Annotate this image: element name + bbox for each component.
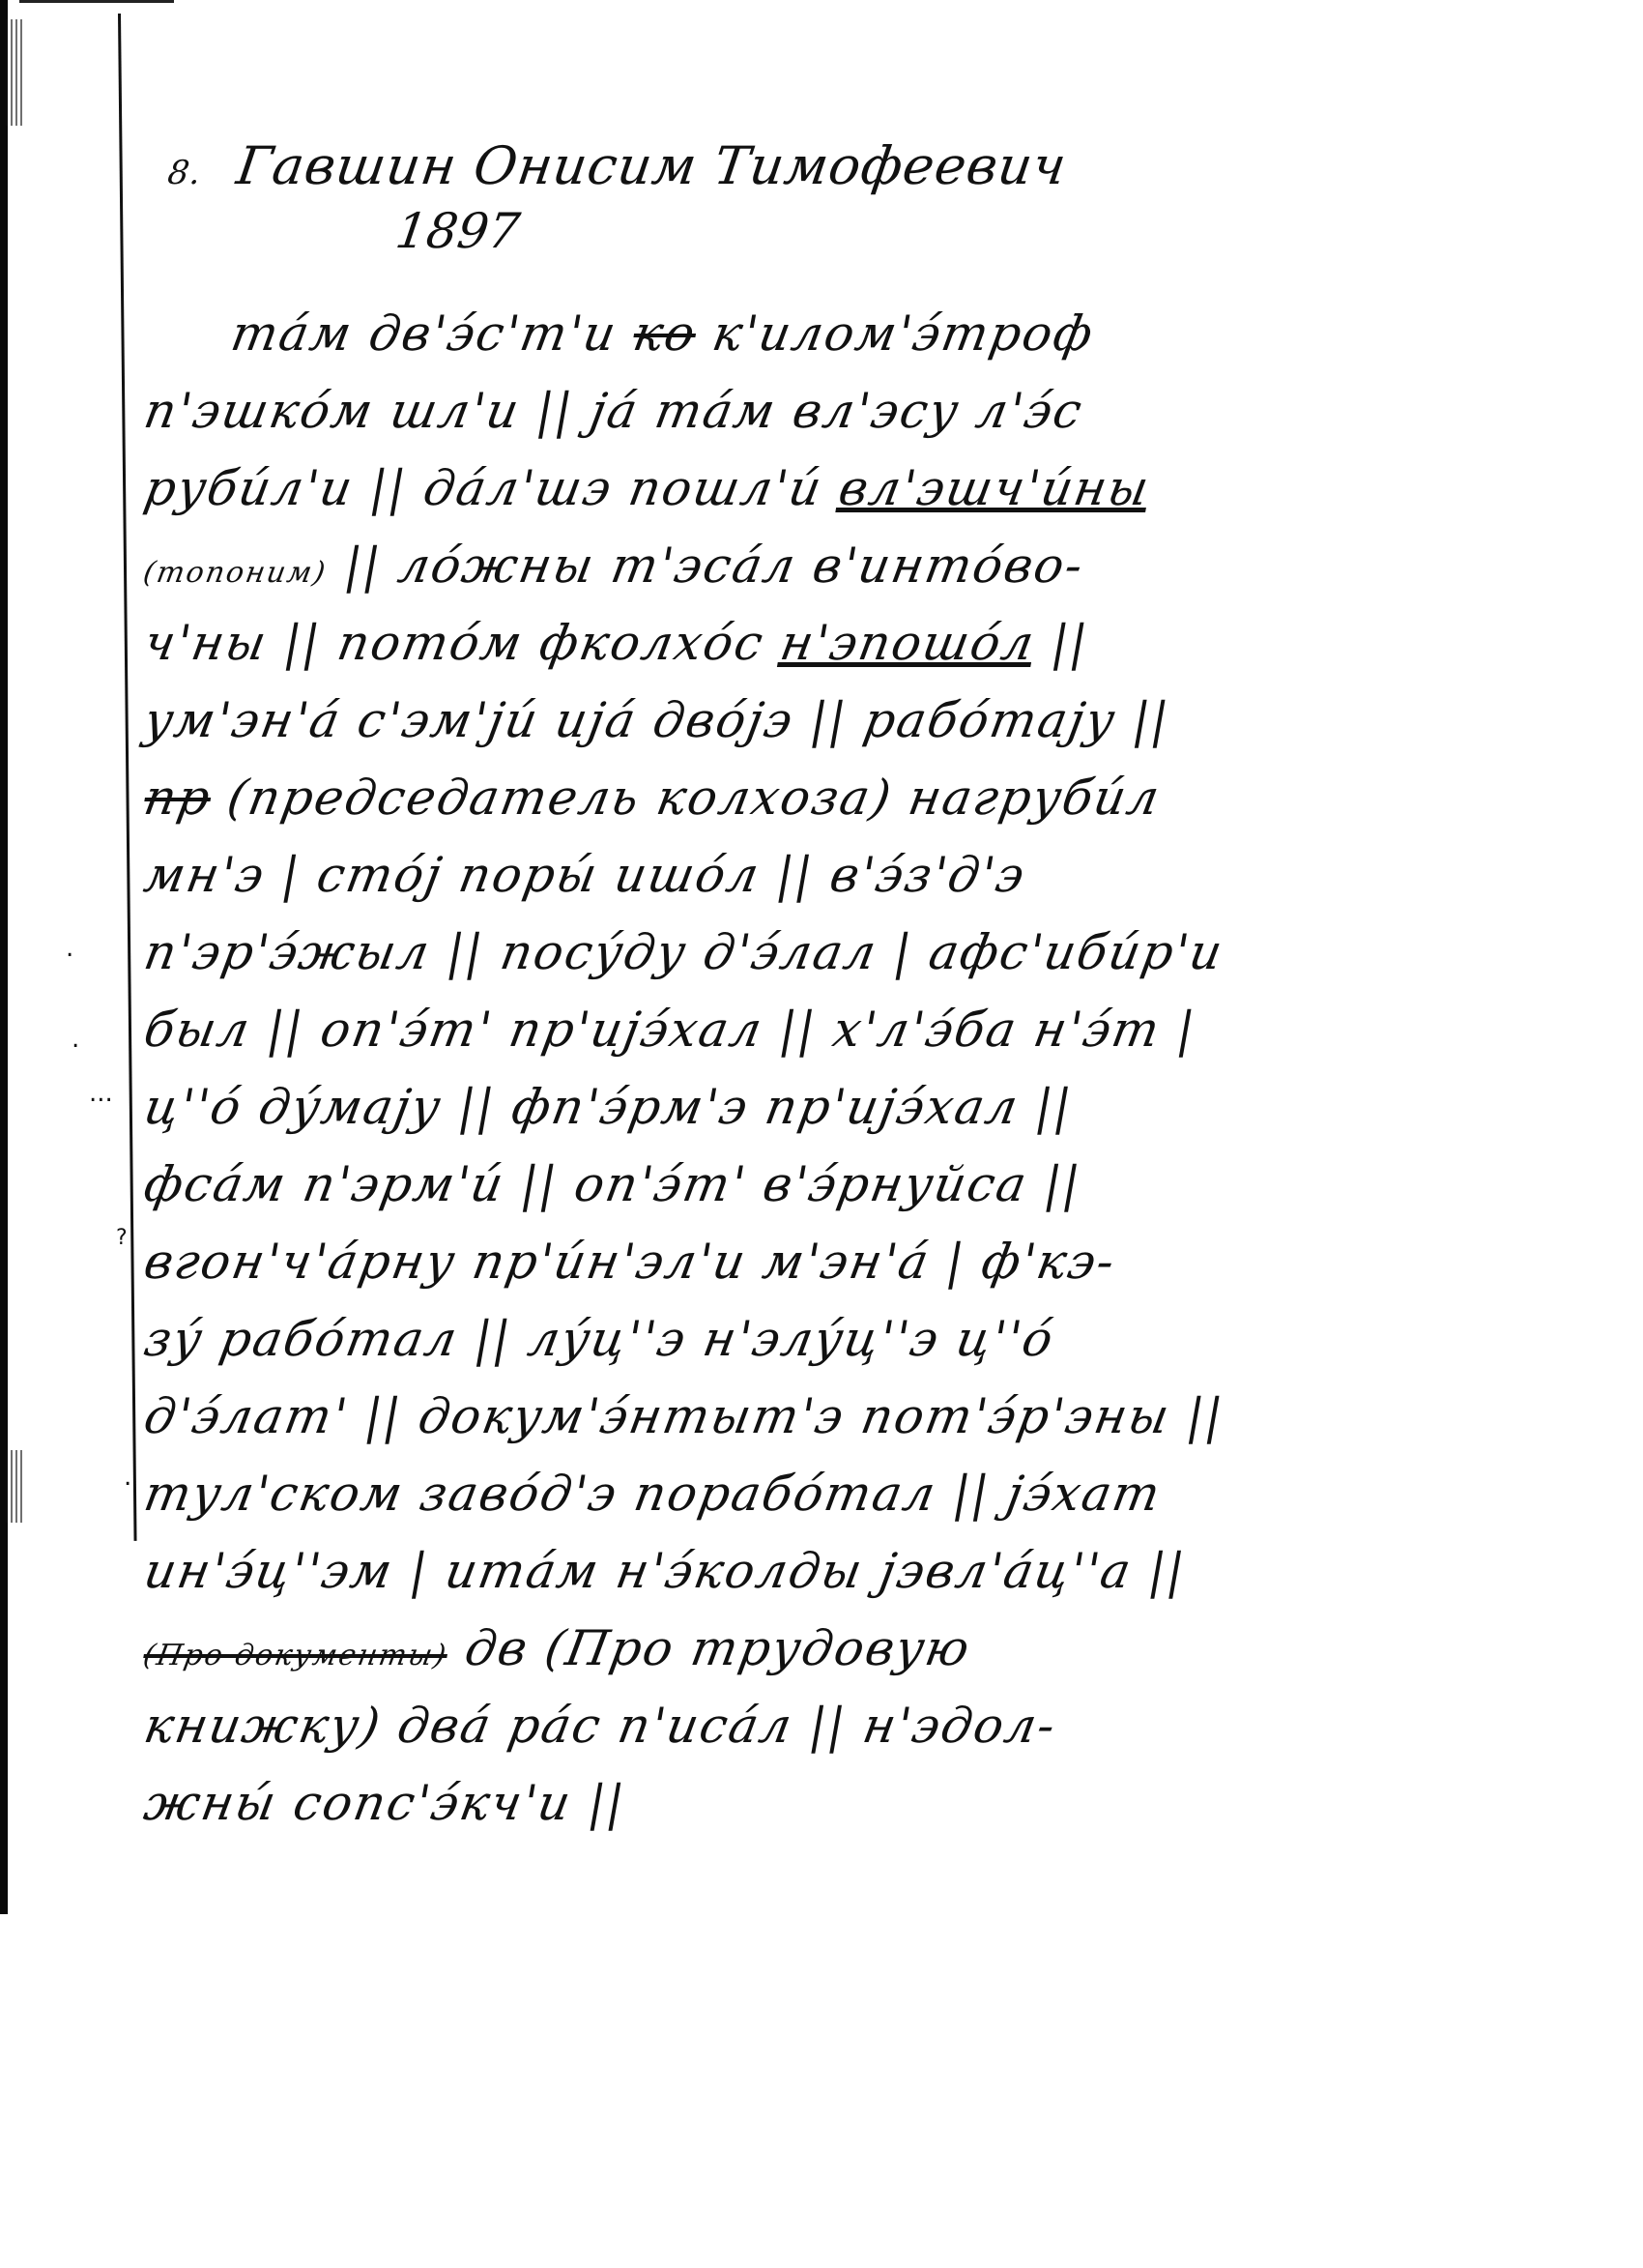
text-line: (топоним) || ло́жны т'эса́л в'инто́во- xyxy=(138,527,1273,604)
underlined-text: вл'эшч'и́ны xyxy=(835,460,1155,516)
struck-text: (Про документы) xyxy=(141,1639,450,1672)
text-line: жны́ сопс'э́кч'и || xyxy=(138,1764,1273,1842)
text-line: ц''о́ ду́мају || фп'э́рм'э пр'ијэ́хал || xyxy=(138,1068,1273,1146)
text-line: ч'ны || пото́м фколхо́с н'эпошо́л || xyxy=(138,604,1273,682)
underlined-text: н'эпошо́л xyxy=(776,615,1040,671)
struck-text: ко xyxy=(629,305,701,362)
margin-ellipsis: ... xyxy=(89,1081,113,1106)
margin-dot: . xyxy=(66,936,73,961)
transcription-body: та́м дв'э́с'т'и ко к'илом'э́троф п'эшко́… xyxy=(145,295,1266,1842)
birth-year: 1897 xyxy=(392,203,523,259)
text-line: ум'эн'а́ с'эм'ји́ ија́ дво́јэ || рабо́та… xyxy=(138,682,1273,759)
text-line: п'эр'э́жыл || посу́ду д'э́лал | афс'иби́… xyxy=(138,914,1273,991)
text-line: мн'э | сто́ј поры́ ишо́л || в'э́з'д'э xyxy=(138,836,1273,914)
text-line: (Про документы) дв (Про трудовую xyxy=(138,1610,1273,1687)
margin-dot: . xyxy=(124,1465,131,1490)
text-line: зу́ рабо́тал || лу́ц''э н'элу́ц''э ц''о́ xyxy=(138,1300,1273,1378)
margin-marks: . . ... ? . xyxy=(0,0,116,1547)
text-line: п'эшко́м шл'и || ја́ та́м вл'эсу л'э́с xyxy=(138,372,1273,450)
text-line: ин'э́ц''эм | ита́м н'э́колды јэвл'а́ц''а… xyxy=(138,1532,1273,1610)
text-line: был || оп'э́т' пр'ијэ́хал || х'л'э́ба н'… xyxy=(138,991,1273,1068)
annotation: (топоним) xyxy=(141,556,330,590)
struck-text: пр xyxy=(140,770,216,826)
text-line: вгон'ч'а́рну пр'и́н'эл'и м'эн'а́ | ф'кэ- xyxy=(138,1223,1273,1300)
text-line: д'э́лат' || докум'э́нтыт'э пот'э́р'эны |… xyxy=(138,1378,1273,1455)
margin-line xyxy=(118,14,137,1541)
entry-number: 8. xyxy=(165,154,204,192)
informant-name: Гавшин Онисим Тимофеевич xyxy=(233,135,1071,196)
text-line: та́м дв'э́с'т'и ко к'илом'э́троф xyxy=(138,295,1273,372)
text-line: книжку) два́ ра́с п'иса́л || н'эдол- xyxy=(138,1687,1273,1764)
text-line: тул'ском заво́д'э порабо́тал || јэ́хат xyxy=(138,1455,1273,1532)
text-line: фса́м п'эрм'и́ || оп'э́т' в'э́рнуйса || xyxy=(138,1146,1273,1223)
document-header: 8. Гавшин Онисим Тимофеевич xyxy=(165,135,1071,196)
margin-question: ? xyxy=(116,1228,128,1249)
margin-dot: . xyxy=(72,1027,79,1052)
text-line: пр (председатель колхоза) нагруби́л xyxy=(138,759,1273,836)
text-line: руби́л'и || да́л'шэ пошл'и́ вл'эшч'и́ны xyxy=(138,450,1273,527)
